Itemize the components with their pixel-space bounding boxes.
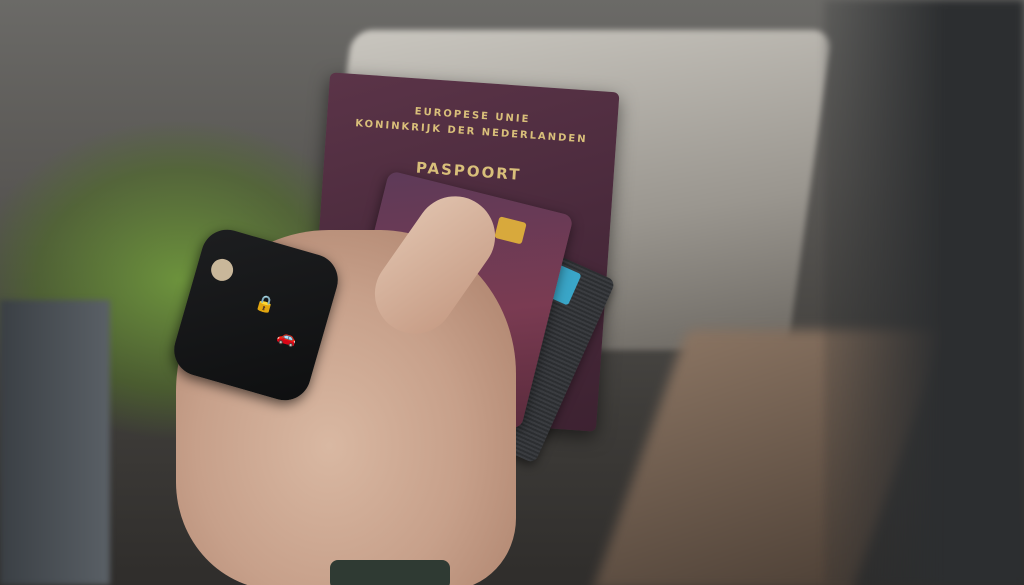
trunk-icon: 🚗 bbox=[275, 325, 299, 349]
passport-title: PASPOORT bbox=[323, 152, 614, 190]
sleeve bbox=[330, 560, 450, 585]
photo-scene: EUROPESE UNIE KONINKRIJK DER NEDERLANDEN… bbox=[0, 0, 1024, 585]
lock-icon: 🔒 bbox=[253, 292, 277, 316]
card-chip bbox=[494, 216, 526, 244]
plant-pot bbox=[0, 300, 110, 585]
dark-pillar bbox=[824, 0, 1024, 585]
key-release-button bbox=[209, 256, 236, 283]
